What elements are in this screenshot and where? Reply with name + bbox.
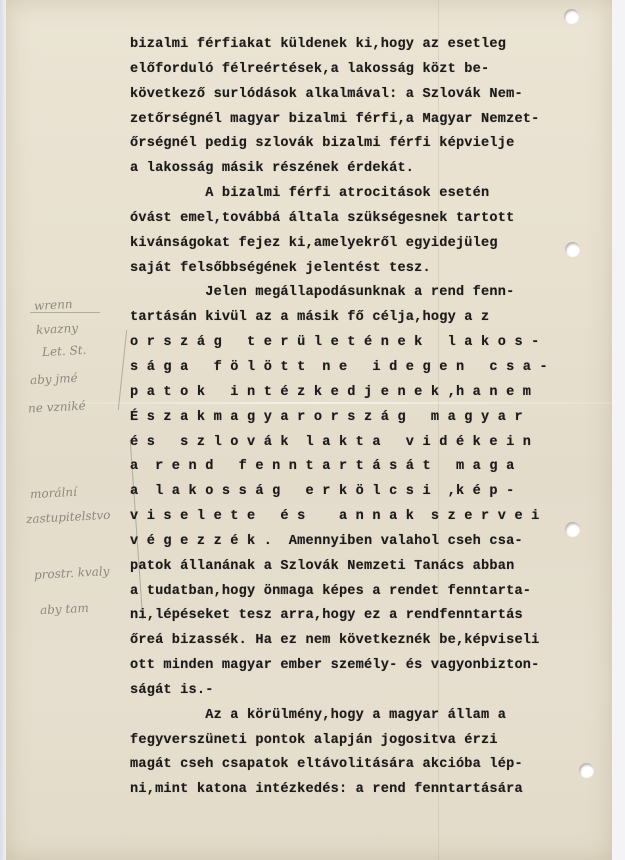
text-line: a r e n d f e n n t a r t á s á t m a g … bbox=[130, 455, 610, 480]
text-line: előforduló félreértések,a lakosság közt … bbox=[130, 58, 610, 83]
text-line: magát cseh csapatok eltávolitására akció… bbox=[130, 753, 610, 778]
punch-hole bbox=[564, 9, 579, 24]
text-line: é s s z l o v á k l a k t a v i d é k e … bbox=[130, 431, 610, 456]
text-line: ni,lépéseket tesz arra,hogy ez a rendfen… bbox=[130, 604, 610, 629]
text-line: tartásán kivül az a másik fő célja,hogy … bbox=[130, 306, 610, 331]
text-line: saját felsőbbségének jelentést tesz. bbox=[130, 257, 610, 282]
margin-note: aby jmé bbox=[30, 371, 78, 387]
text-line: fegyverszüneti pontok alapján jogositva … bbox=[130, 729, 610, 754]
text-line: Jelen megállapodásunknak a rend fenn- bbox=[130, 281, 610, 306]
margin-note: morální bbox=[30, 485, 78, 501]
text-line: s á g a f ö l ö t t n e i d e g e n c s … bbox=[130, 356, 610, 381]
text-line: v é g e z z é k . Amennyiben valahol cse… bbox=[130, 530, 610, 555]
text-line: ságát is.- bbox=[130, 679, 610, 704]
text-line: kivánságokat fejez ki,amelyekről egyidej… bbox=[130, 232, 610, 257]
margin-note: wrenn bbox=[34, 297, 73, 313]
text-line: zetőrségnél magyar bizalmi férfi,a Magya… bbox=[130, 108, 610, 133]
text-line: o r s z á g t e r ü l e t é n e k l a k … bbox=[130, 331, 610, 356]
text-line: őrségnél pedig szlovák bizalmi férfi kép… bbox=[130, 132, 610, 157]
text-line: ni,mint katona intézkedés: a rend fennta… bbox=[130, 778, 610, 803]
text-line: patok állanának a Szlovák Nemzeti Tanács… bbox=[130, 555, 610, 580]
margin-note: ne vzniké bbox=[28, 399, 86, 416]
text-line: a l a k o s s á g e r k ö l c s i ,k é p… bbox=[130, 480, 610, 505]
text-line: a lakosság másik részének érdekát. bbox=[130, 157, 610, 182]
text-line: bizalmi férfiakat küldenek ki,hogy az es… bbox=[130, 33, 610, 58]
text-line: A bizalmi férfi atrocitások esetén bbox=[130, 182, 610, 207]
text-line: a tudatban,hogy önmaga képes a rendet fe… bbox=[130, 580, 610, 605]
text-line: következő surlódások alkalmával: a Szlov… bbox=[130, 83, 610, 108]
text-line: É s z a k m a g y a r o r s z á g m a g … bbox=[130, 406, 610, 431]
text-line: őreá bizassék. Ha ez nem következnék be,… bbox=[130, 629, 610, 654]
text-line: Az a körülmény,hogy a magyar állam a bbox=[130, 704, 610, 729]
text-line: ott minden magyar ember személy- és vagy… bbox=[130, 654, 610, 679]
text-line: óvást emel,továbbá általa szükségesnek t… bbox=[130, 207, 610, 232]
margin-note: Let. St. bbox=[42, 343, 87, 359]
typewritten-body-text: bizalmi férfiakat küldenek ki,hogy az es… bbox=[130, 33, 610, 803]
text-line: p a t o k i n t é z k e d j e n e k ,h a… bbox=[130, 381, 610, 406]
text-line: v i s e l e t e é s a n n a k s z e r v … bbox=[130, 505, 610, 530]
margin-note: kvazny bbox=[36, 321, 79, 337]
margin-note: aby tam bbox=[40, 601, 89, 618]
